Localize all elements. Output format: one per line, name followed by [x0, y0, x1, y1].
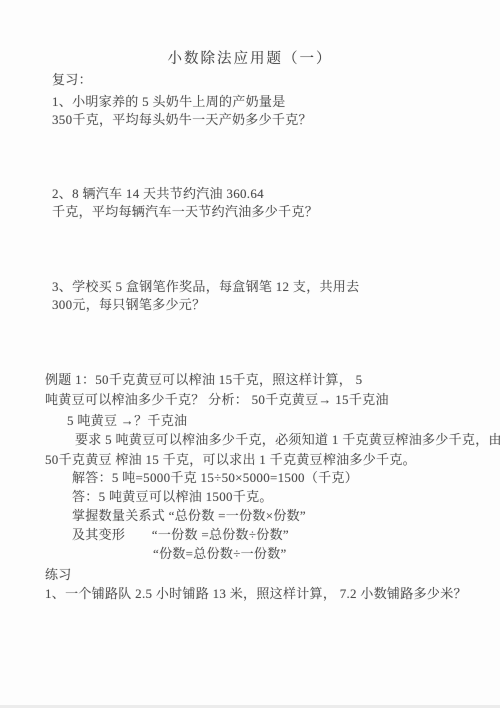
practice-section-heading: 练习 [45, 567, 72, 583]
example-answer-line: 答：5 吨黄豆可以榨油 1500千克。 [72, 489, 273, 505]
review-problem-3-line-2: 300元，每只钢笔多少元？ [52, 297, 205, 313]
review-problem-1-line-2: 350千克，平均每头奶牛一天产奶多少千克？ [52, 112, 312, 128]
review-problem-2-line-2: 千克，平均每辆汽车一天节约汽油多少千克？ [52, 204, 318, 220]
example-reasoning-line-2: 50千克黄豆 榨油 15 千克，可以求出 1 千克黄豆榨油多少千克。 [45, 452, 416, 468]
quantity-relation-formula-2: 及其变形 “一份数 =总份数÷份数” [72, 527, 289, 543]
review-problem-1-line-1: 1、小明家养的 5 头奶牛上周的产奶量是 [52, 94, 286, 110]
review-problem-3-line-1: 3、学校买 5 盒钢笔作奖品，每盒钢笔 12 支，共用去 [52, 279, 359, 295]
worksheet-page: 小数除法应用题（一） 复习： 1、小明家养的 5 头奶牛上周的产奶量是 350千… [0, 0, 500, 708]
example-reasoning-line-1: 要求 5 吨黄豆可以榨油多少千克，必须知道 1 千克黄豆榨油多少千克，由 [75, 432, 500, 448]
example-solution-line: 解答：5 吨=5000千克 15÷50×5000=1500（千克） [72, 470, 358, 486]
example-analysis-mapping: 5 吨黄豆 →？千克油 [67, 413, 187, 429]
quantity-relation-formula-1: 掌握数量关系式 “总份数 =一份数×份数” [72, 508, 306, 524]
quantity-relation-formula-3: “份数=总份数÷一份数” [153, 546, 287, 562]
review-problem-2-line-1: 2、8 辆汽车 14 天共节约汽油 360.64 [52, 186, 264, 202]
practice-problem-1: 1、一个铺路队 2.5 小时铺路 13 米，照这样计算， 7.2 小数铺路多少米… [45, 586, 467, 602]
page-title: 小数除法应用题（一） [0, 47, 500, 68]
review-section-heading: 复习： [52, 72, 92, 88]
example-statement-line-2: 吨黄豆可以榨油多少千克？ 分析： 50千克黄豆→ 15千克油 [45, 392, 389, 408]
example-statement-line-1: 例题 1：50千克黄豆可以榨油 15千克，照这样计算， 5 [45, 372, 362, 388]
